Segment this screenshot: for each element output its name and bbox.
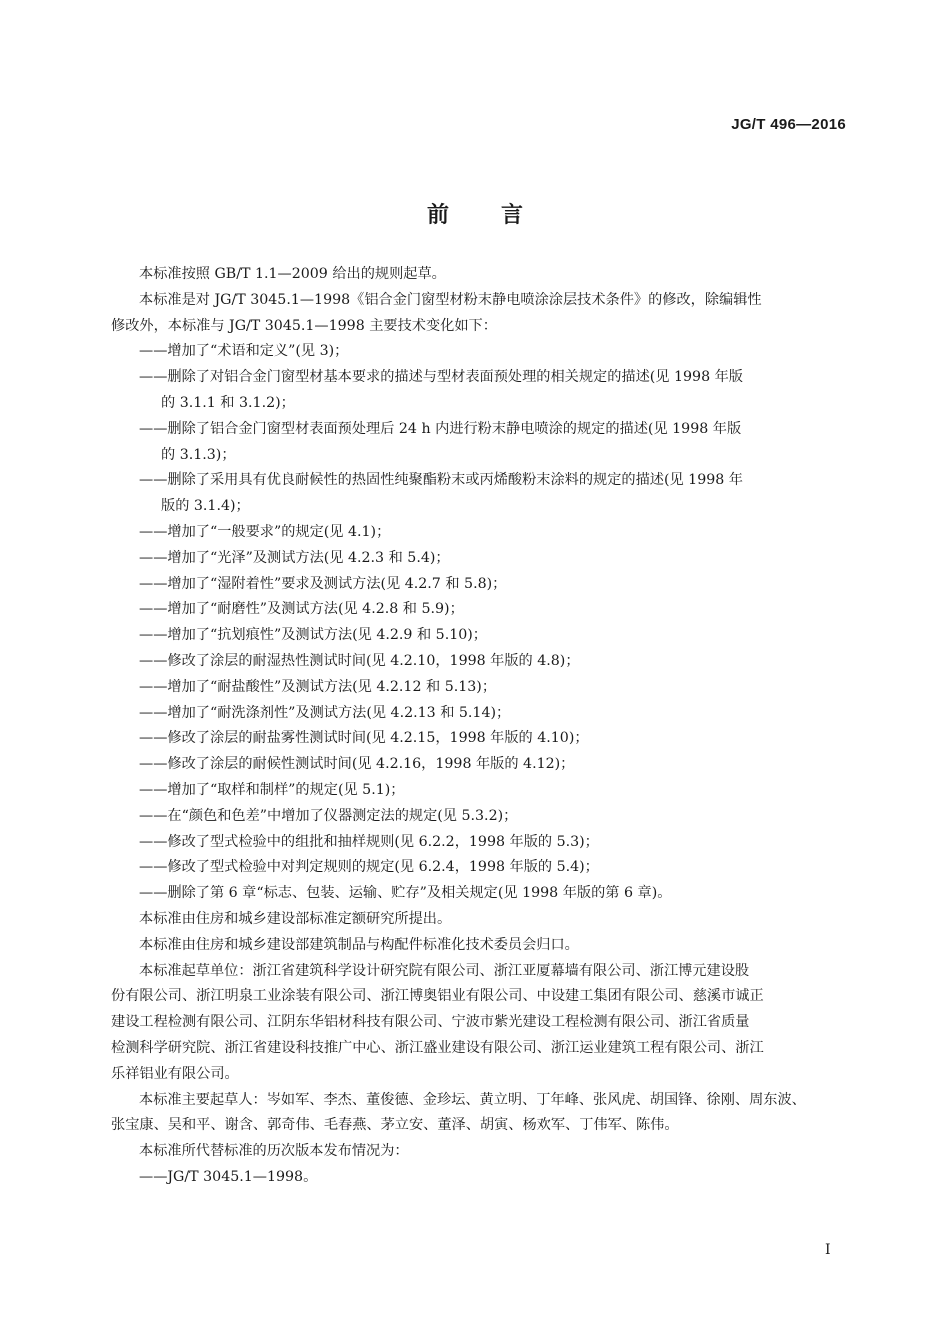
paragraph-continuation: 份有限公司、浙江明泉工业涂装有限公司、浙江博奥铝业有限公司、中设建工集团有限公司… bbox=[111, 984, 851, 1010]
paragraph-continuation: 建设工程检测有限公司、江阴东华铝材科技有限公司、宁波市紫光建设工程检测有限公司、… bbox=[111, 1010, 851, 1036]
list-item: ——增加了“耐盐酸性”及测试方法(见 4.2.12 和 5.13)； bbox=[111, 675, 851, 701]
paragraph-continuation: 张宝康、吴和平、谢含、郭奇伟、毛春燕、茅立安、董泽、胡寅、杨欢军、丁伟军、陈伟。 bbox=[111, 1113, 851, 1139]
paragraph-line: 本标准由住房和城乡建设部建筑制品与构配件标准化技术委员会归口。 bbox=[111, 933, 851, 959]
list-item: ——增加了“取样和制样”的规定(见 5.1)； bbox=[111, 778, 851, 804]
list-item: ——删除了采用具有优良耐候性的热固性纯聚酯粉末或丙烯酸粉末涂料的规定的描述(见 … bbox=[111, 468, 851, 494]
foreword-body: 本标准按照 GB/T 1.1—2009 给出的规则起草。本标准是对 JG/T 3… bbox=[111, 262, 851, 1191]
list-item-continuation: 版的 3.1.4)； bbox=[111, 494, 851, 520]
paragraph-line: 本标准按照 GB/T 1.1—2009 给出的规则起草。 bbox=[111, 262, 851, 288]
list-item: ——增加了“耐磨性”及测试方法(见 4.2.8 和 5.9)； bbox=[111, 597, 851, 623]
paragraph-line: 本标准是对 JG/T 3045.1—1998《铝合金门窗型材粉末静电喷涂涂层技术… bbox=[111, 288, 851, 314]
standard-number: JG/T 496—2016 bbox=[731, 116, 846, 133]
list-item-continuation: 的 3.1.3)； bbox=[111, 443, 851, 469]
list-item: ——增加了“湿附着性”要求及测试方法(见 4.2.7 和 5.8)； bbox=[111, 572, 851, 598]
list-item: ——修改了型式检验中对判定规则的规定(见 6.2.4，1998 年版的 5.4)… bbox=[111, 855, 851, 881]
list-item: ——增加了“术语和定义”(见 3)； bbox=[111, 339, 851, 365]
page-number: I bbox=[825, 1242, 831, 1258]
list-item: ——修改了涂层的耐候性测试时间(见 4.2.16，1998 年版的 4.12)； bbox=[111, 752, 851, 778]
list-item: ——修改了涂层的耐湿热性测试时间(见 4.2.10，1998 年版的 4.8)； bbox=[111, 649, 851, 675]
list-item: ——增加了“一般要求”的规定(见 4.1)； bbox=[111, 520, 851, 546]
list-item: ——修改了型式检验中的组批和抽样规则(见 6.2.2，1998 年版的 5.3)… bbox=[111, 830, 851, 856]
list-item: ——在“颜色和色差”中增加了仪器测定法的规定(见 5.3.2)； bbox=[111, 804, 851, 830]
list-item: ——删除了对铝合金门窗型材基本要求的描述与型材表面预处理的相关规定的描述(见 1… bbox=[111, 365, 851, 391]
paragraph-line: 本标准起草单位：浙江省建筑科学设计研究院有限公司、浙江亚厦幕墙有限公司、浙江博元… bbox=[111, 959, 851, 985]
list-item: ——修改了涂层的耐盐雾性测试时间(见 4.2.15，1998 年版的 4.10)… bbox=[111, 726, 851, 752]
list-item: ——JG/T 3045.1—1998。 bbox=[111, 1165, 851, 1191]
paragraph-continuation: 检测科学研究院、浙江省建设科技推广中心、浙江盛业建设有限公司、浙江运业建筑工程有… bbox=[111, 1036, 851, 1062]
page-title: 前言 bbox=[0, 198, 950, 229]
title-char-1: 前 bbox=[427, 198, 449, 229]
paragraph-line: 本标准所代替标准的历次版本发布情况为： bbox=[111, 1139, 851, 1165]
list-item: ——删除了铝合金门窗型材表面预处理后 24 h 内进行粉末静电喷涂的规定的描述(… bbox=[111, 417, 851, 443]
paragraph-continuation: 修改外，本标准与 JG/T 3045.1—1998 主要技术变化如下： bbox=[111, 314, 851, 340]
paragraph-line: 本标准由住房和城乡建设部标准定额研究所提出。 bbox=[111, 907, 851, 933]
list-item: ——增加了“抗划痕性”及测试方法(见 4.2.9 和 5.10)； bbox=[111, 623, 851, 649]
list-item: ——增加了“光泽”及测试方法(见 4.2.3 和 5.4)； bbox=[111, 546, 851, 572]
list-item: ——删除了第 6 章“标志、包装、运输、贮存”及相关规定(见 1998 年版的第… bbox=[111, 881, 851, 907]
paragraph-line: 本标准主要起草人：岑如军、李杰、董俊德、金珍坛、黄立明、丁年峰、张风虎、胡国锋、… bbox=[111, 1088, 851, 1114]
paragraph-continuation: 乐祥铝业有限公司。 bbox=[111, 1062, 851, 1088]
title-char-2: 言 bbox=[501, 198, 523, 229]
list-item-continuation: 的 3.1.1 和 3.1.2)； bbox=[111, 391, 851, 417]
list-item: ——增加了“耐洗涤剂性”及测试方法(见 4.2.13 和 5.14)； bbox=[111, 701, 851, 727]
